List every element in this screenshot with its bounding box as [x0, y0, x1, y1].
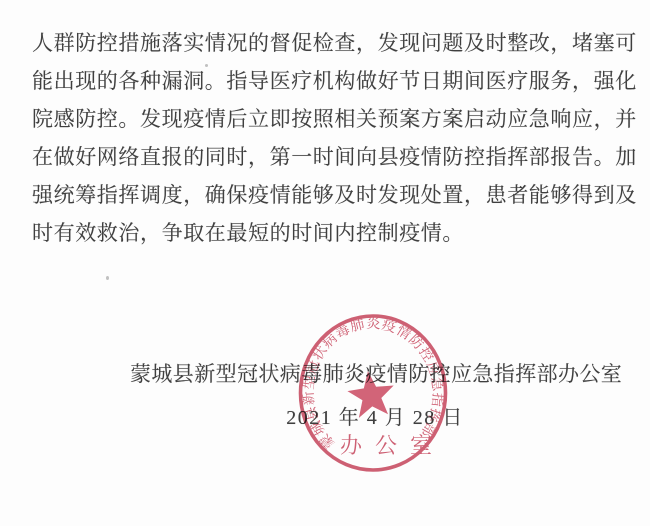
official-seal: 蒙城县新型冠状病毒肺炎疫情防控应急指挥部 办公室 [297, 312, 449, 478]
paragraph-line: 在做好网络直报的同时，第一时间向县疫情防控指挥部报告。加 [32, 138, 638, 176]
star-icon [345, 368, 397, 419]
scan-speck [205, 64, 208, 67]
paragraph: 人群防控措施落实情况的督促检查，发现问题及时整改，堵塞可 能出现的各种漏洞。指导… [32, 24, 638, 252]
paragraph-line: 能出现的各种漏洞。指导医疗机构做好节日期间医疗服务，强化 [32, 62, 638, 100]
paragraph-line: 时有效救治，争取在最短的时间内控制疫情。 [32, 214, 638, 252]
paragraph-line: 人群防控措施落实情况的督促检查，发现问题及时整改，堵塞可 [32, 24, 638, 62]
seal-office-text: 办公室 [340, 433, 445, 458]
scanned-document-page: 人群防控措施落实情况的督促检查，发现问题及时整改，堵塞可 能出现的各种漏洞。指导… [0, 0, 650, 526]
paragraph-line: 强统筹指挥调度，确保疫情能够及时发现处置，患者能够得到及 [32, 176, 638, 214]
paragraph-line: 院感防控。发现疫情后立即按照相关预案方案启动应急响应，并 [32, 100, 638, 138]
scan-speck [106, 276, 109, 280]
